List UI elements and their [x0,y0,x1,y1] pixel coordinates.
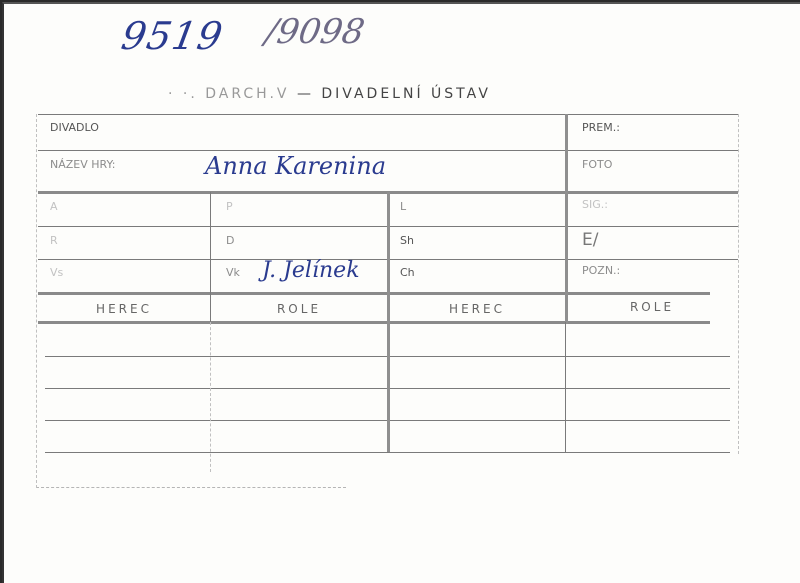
border-left [36,114,37,488]
label-foto: FOTO [582,158,612,171]
rule-bottom [36,487,346,488]
column-role-1: ROLE [212,302,386,316]
rule-1 [38,150,738,151]
column-herec-2: HEREC [390,302,564,316]
value-vk: J. Jelínek [262,258,360,283]
rule-6 [38,321,710,324]
divider-table-3 [565,322,566,452]
label-vs: Vs [50,266,63,279]
label-a: A [50,200,58,213]
border-right [738,114,739,454]
label-e: E/ [582,230,598,250]
label-divadlo: DIVADLO [50,121,99,134]
divider-right-panel [565,114,568,324]
record-form: DIVADLO PREM.: NÁZEV HRY: FOTO Anna Kare… [0,0,800,583]
label-ch: Ch [400,266,415,279]
column-herec-1: HEREC [40,302,208,316]
value-nazev-hry: Anna Karenina [205,152,386,180]
label-l: L [400,200,406,213]
label-sh: Sh [400,234,414,247]
label-nazev-hry: NÁZEV HRY: [50,158,115,171]
label-p: P [226,200,233,213]
label-pozn: POZN.: [582,264,620,277]
rule-top [38,114,738,115]
label-sig: SIG.: [582,198,608,211]
column-role-2: ROLE [568,300,736,314]
label-vk: Vk [226,266,240,279]
rule-10 [45,452,730,453]
label-prem: PREM.: [582,121,620,134]
label-r: R [50,234,58,247]
divider-col-1 [210,192,211,322]
rule-5 [38,292,710,295]
divider-col-2 [387,192,390,452]
label-d: D [226,234,234,247]
divider-table-1 [210,322,211,472]
